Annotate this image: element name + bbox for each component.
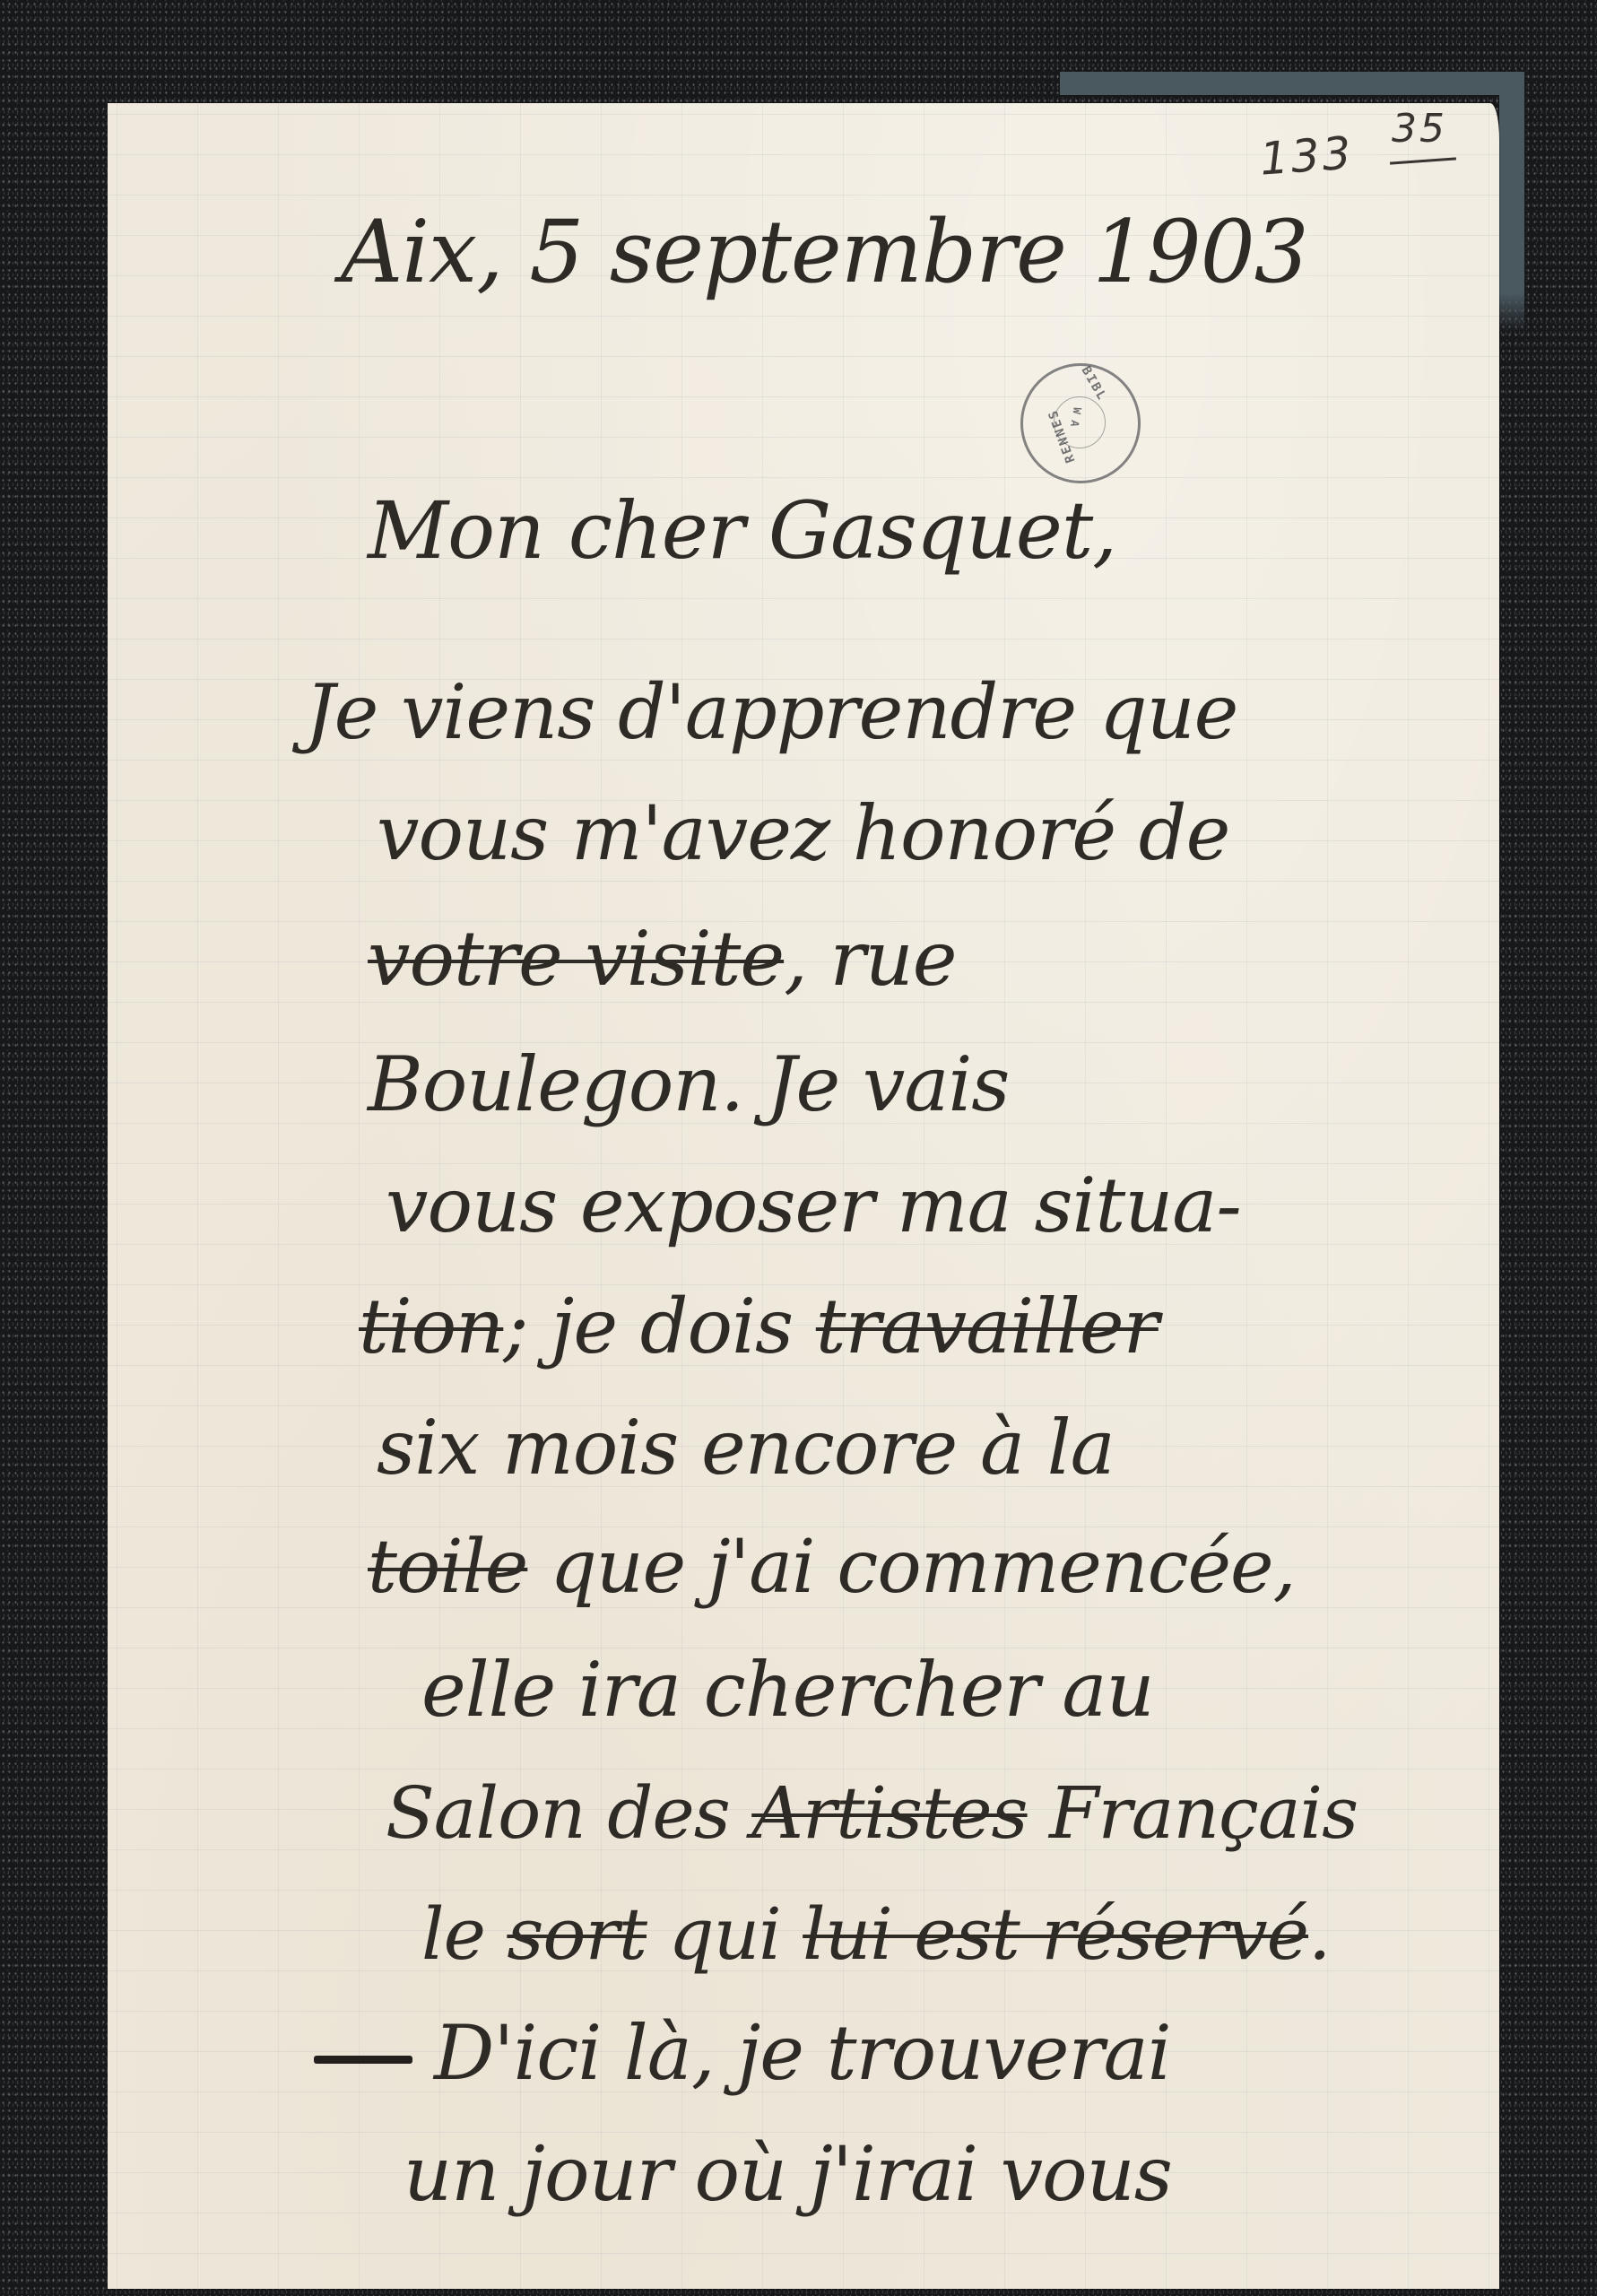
handwritten-line-l3: votre visite, rue <box>368 915 956 1003</box>
archive-page-number: 35 <box>1392 106 1447 152</box>
handwritten-line-l7: six mois encore à la <box>377 1404 1115 1492</box>
crossed-out-word: travailler <box>816 1283 1159 1370</box>
handwritten-line-l8: toile que j'ai commencée, <box>368 1525 1296 1610</box>
handwritten-line-l12: D'ici là, je trouverai <box>314 2009 1171 2097</box>
crossed-out-word: sort <box>507 1892 647 1976</box>
handwritten-line-l11: le sort qui lui est réservé. <box>421 1892 1330 1976</box>
handwritten-line-l5: vous exposer ma situa- <box>386 1161 1241 1249</box>
mount-border-right <box>1499 72 1524 332</box>
crossed-out-word: lui est réservé <box>803 1892 1308 1976</box>
handwritten-line-l4: Boulegon. Je vais <box>368 1040 1009 1128</box>
crossed-out-word: votre visite <box>368 915 784 1003</box>
crossed-out-word: toile <box>368 1525 527 1610</box>
crossed-out-word: tion <box>359 1283 503 1370</box>
library-postmark-stamp: BIBL RENNES W A <box>1020 363 1141 483</box>
handwritten-line-l1: Je viens d'apprendre que <box>305 668 1237 756</box>
handwritten-line-l2: vous m'avez honoré de <box>377 789 1229 877</box>
handwritten-line-l9: elle ira chercher au <box>421 1646 1154 1734</box>
archive-folio-number: 133 <box>1258 126 1355 185</box>
handwritten-line-date: Aix, 5 septembre 1903 <box>341 202 1308 302</box>
handwritten-line-l10: Salon des Artistes Français <box>386 1771 1358 1855</box>
handwritten-line-salutation: Mon cher Gasquet, <box>368 484 1116 577</box>
em-dash-mark <box>314 2056 412 2064</box>
mount-border-top <box>1060 72 1524 95</box>
crossed-out-word: Artistes <box>751 1771 1027 1855</box>
handwritten-line-l13: un jour où j'irai vous <box>404 2130 1172 2218</box>
handwritten-line-l6: tion; je dois travailler <box>359 1283 1159 1370</box>
